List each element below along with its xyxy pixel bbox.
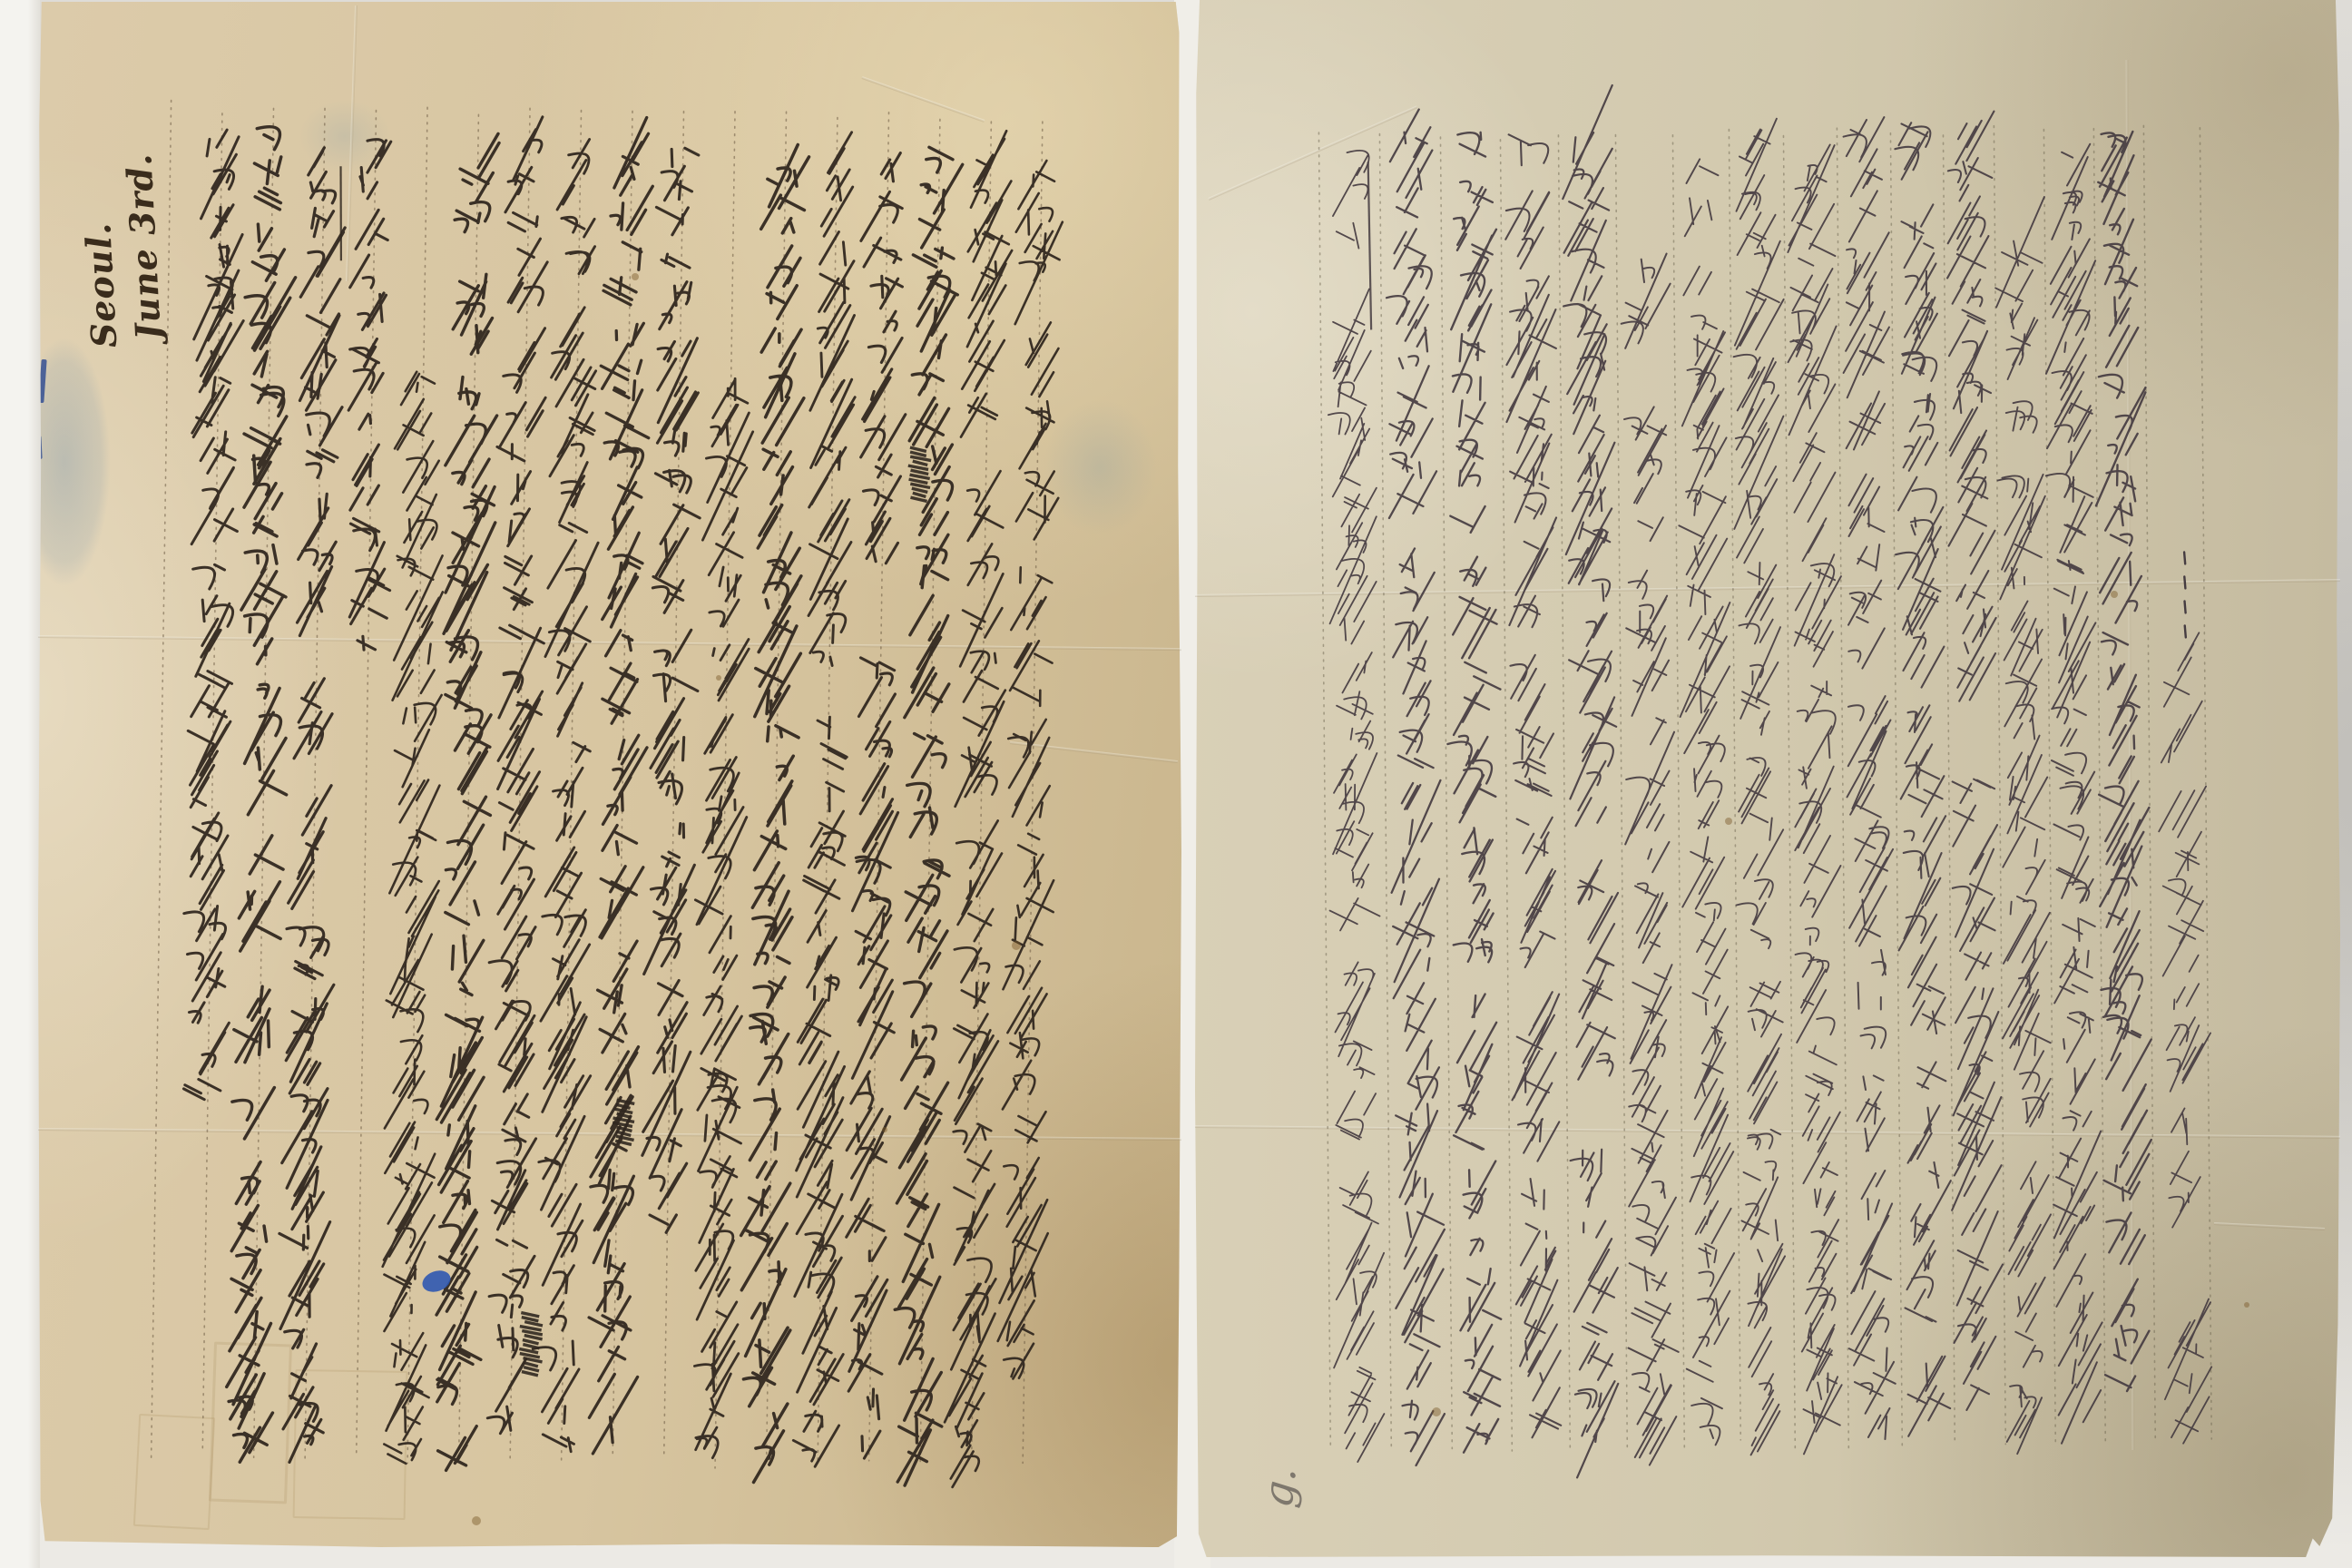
showthrough-imprint — [209, 1342, 292, 1504]
showthrough-imprint — [293, 1369, 408, 1520]
letter-page-1: Seoul. June 3rd. — [38, 2, 1181, 1547]
faint-blue-stain — [299, 100, 390, 172]
background-left-strip — [0, 0, 40, 1568]
faint-blue-stain — [1044, 399, 1157, 535]
letter-photo-scene: Seoul. June 3rd. g. — [0, 0, 2352, 1568]
letter-page-2: g. — [1195, 0, 2340, 1557]
showthrough-imprint — [133, 1414, 215, 1530]
dateline-handwriting: Seoul. June 3rd. — [70, 91, 174, 349]
pencil-mark: g. — [1252, 1424, 1324, 1512]
